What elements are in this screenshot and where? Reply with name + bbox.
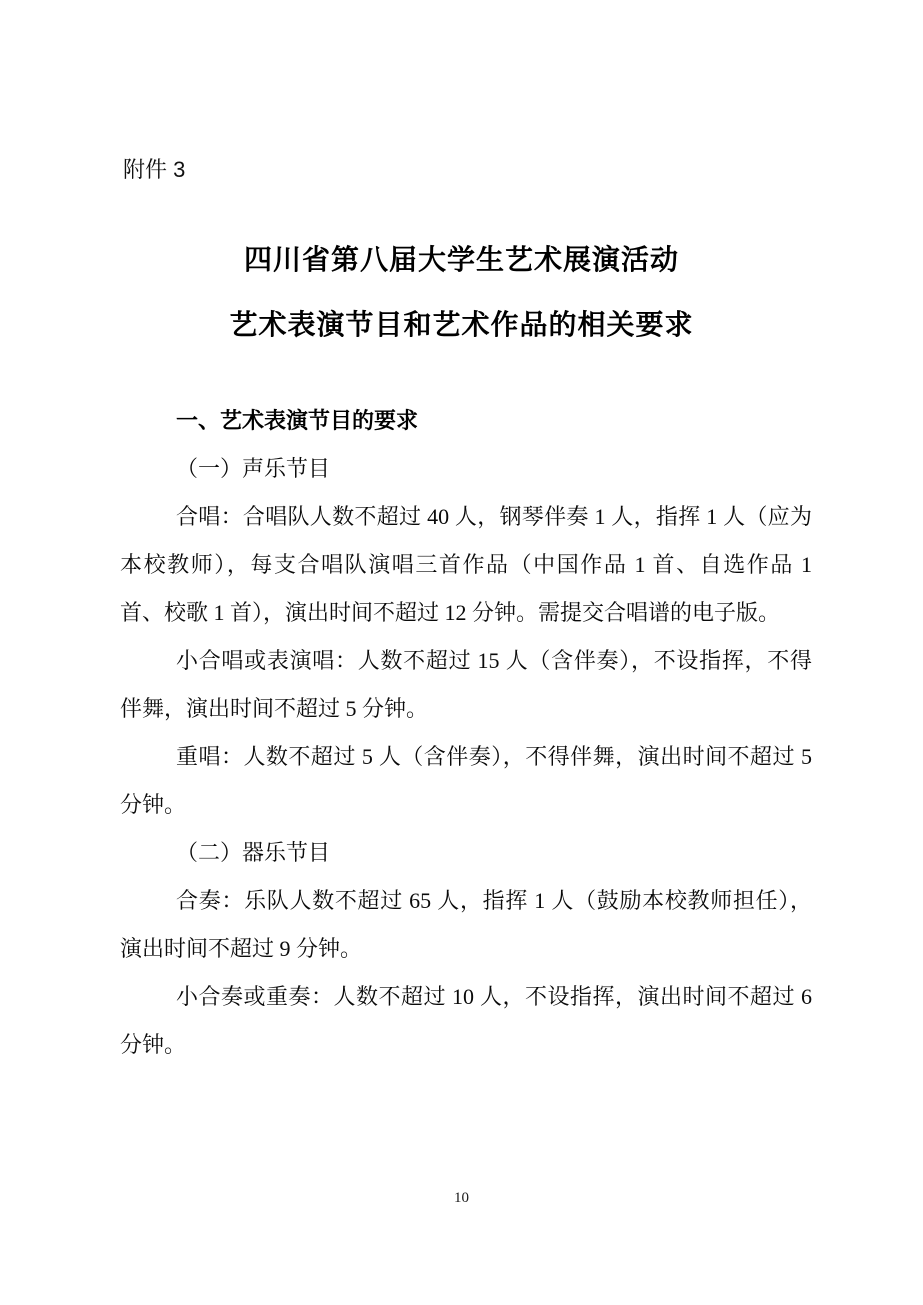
- body-paragraph-orchestra: 合奏：乐队人数不超过 65 人，指挥 1 人（鼓励本校教师担任），演出时间不超过…: [120, 877, 812, 973]
- document-page: 附件 3 四川省第八届大学生艺术展演活动 艺术表演节目和艺术作品的相关要求 一、…: [0, 0, 923, 1305]
- section-heading: 一、艺术表演节目的要求: [120, 397, 812, 445]
- body-paragraph-small-chorus: 小合唱或表演唱：人数不超过 15 人（含伴奏），不设指挥，不得伴舞，演出时间不超…: [120, 637, 812, 733]
- body-paragraph-chorus: 合唱：合唱队人数不超过 40 人，钢琴伴奏 1 人，指挥 1 人（应为本校教师）…: [120, 493, 812, 637]
- attachment-label: 附件 3: [123, 155, 185, 185]
- document-body: 一、艺术表演节目的要求 （一）声乐节目 合唱：合唱队人数不超过 40 人，钢琴伴…: [120, 397, 812, 1069]
- subsection-heading-instrumental: （二）器乐节目: [120, 829, 812, 877]
- page-number: 10: [0, 1188, 923, 1208]
- body-paragraph-ensemble-singing: 重唱：人数不超过 5 人（含伴奏），不得伴舞，演出时间不超过 5 分钟。: [120, 733, 812, 829]
- body-paragraph-small-ensemble: 小合奏或重奏：人数不超过 10 人，不设指挥，演出时间不超过 6 分钟。: [120, 973, 812, 1069]
- subsection-heading-vocal: （一）声乐节目: [120, 445, 812, 493]
- document-title-line-1: 四川省第八届大学生艺术展演活动: [0, 242, 923, 280]
- document-title-line-2: 艺术表演节目和艺术作品的相关要求: [0, 307, 923, 345]
